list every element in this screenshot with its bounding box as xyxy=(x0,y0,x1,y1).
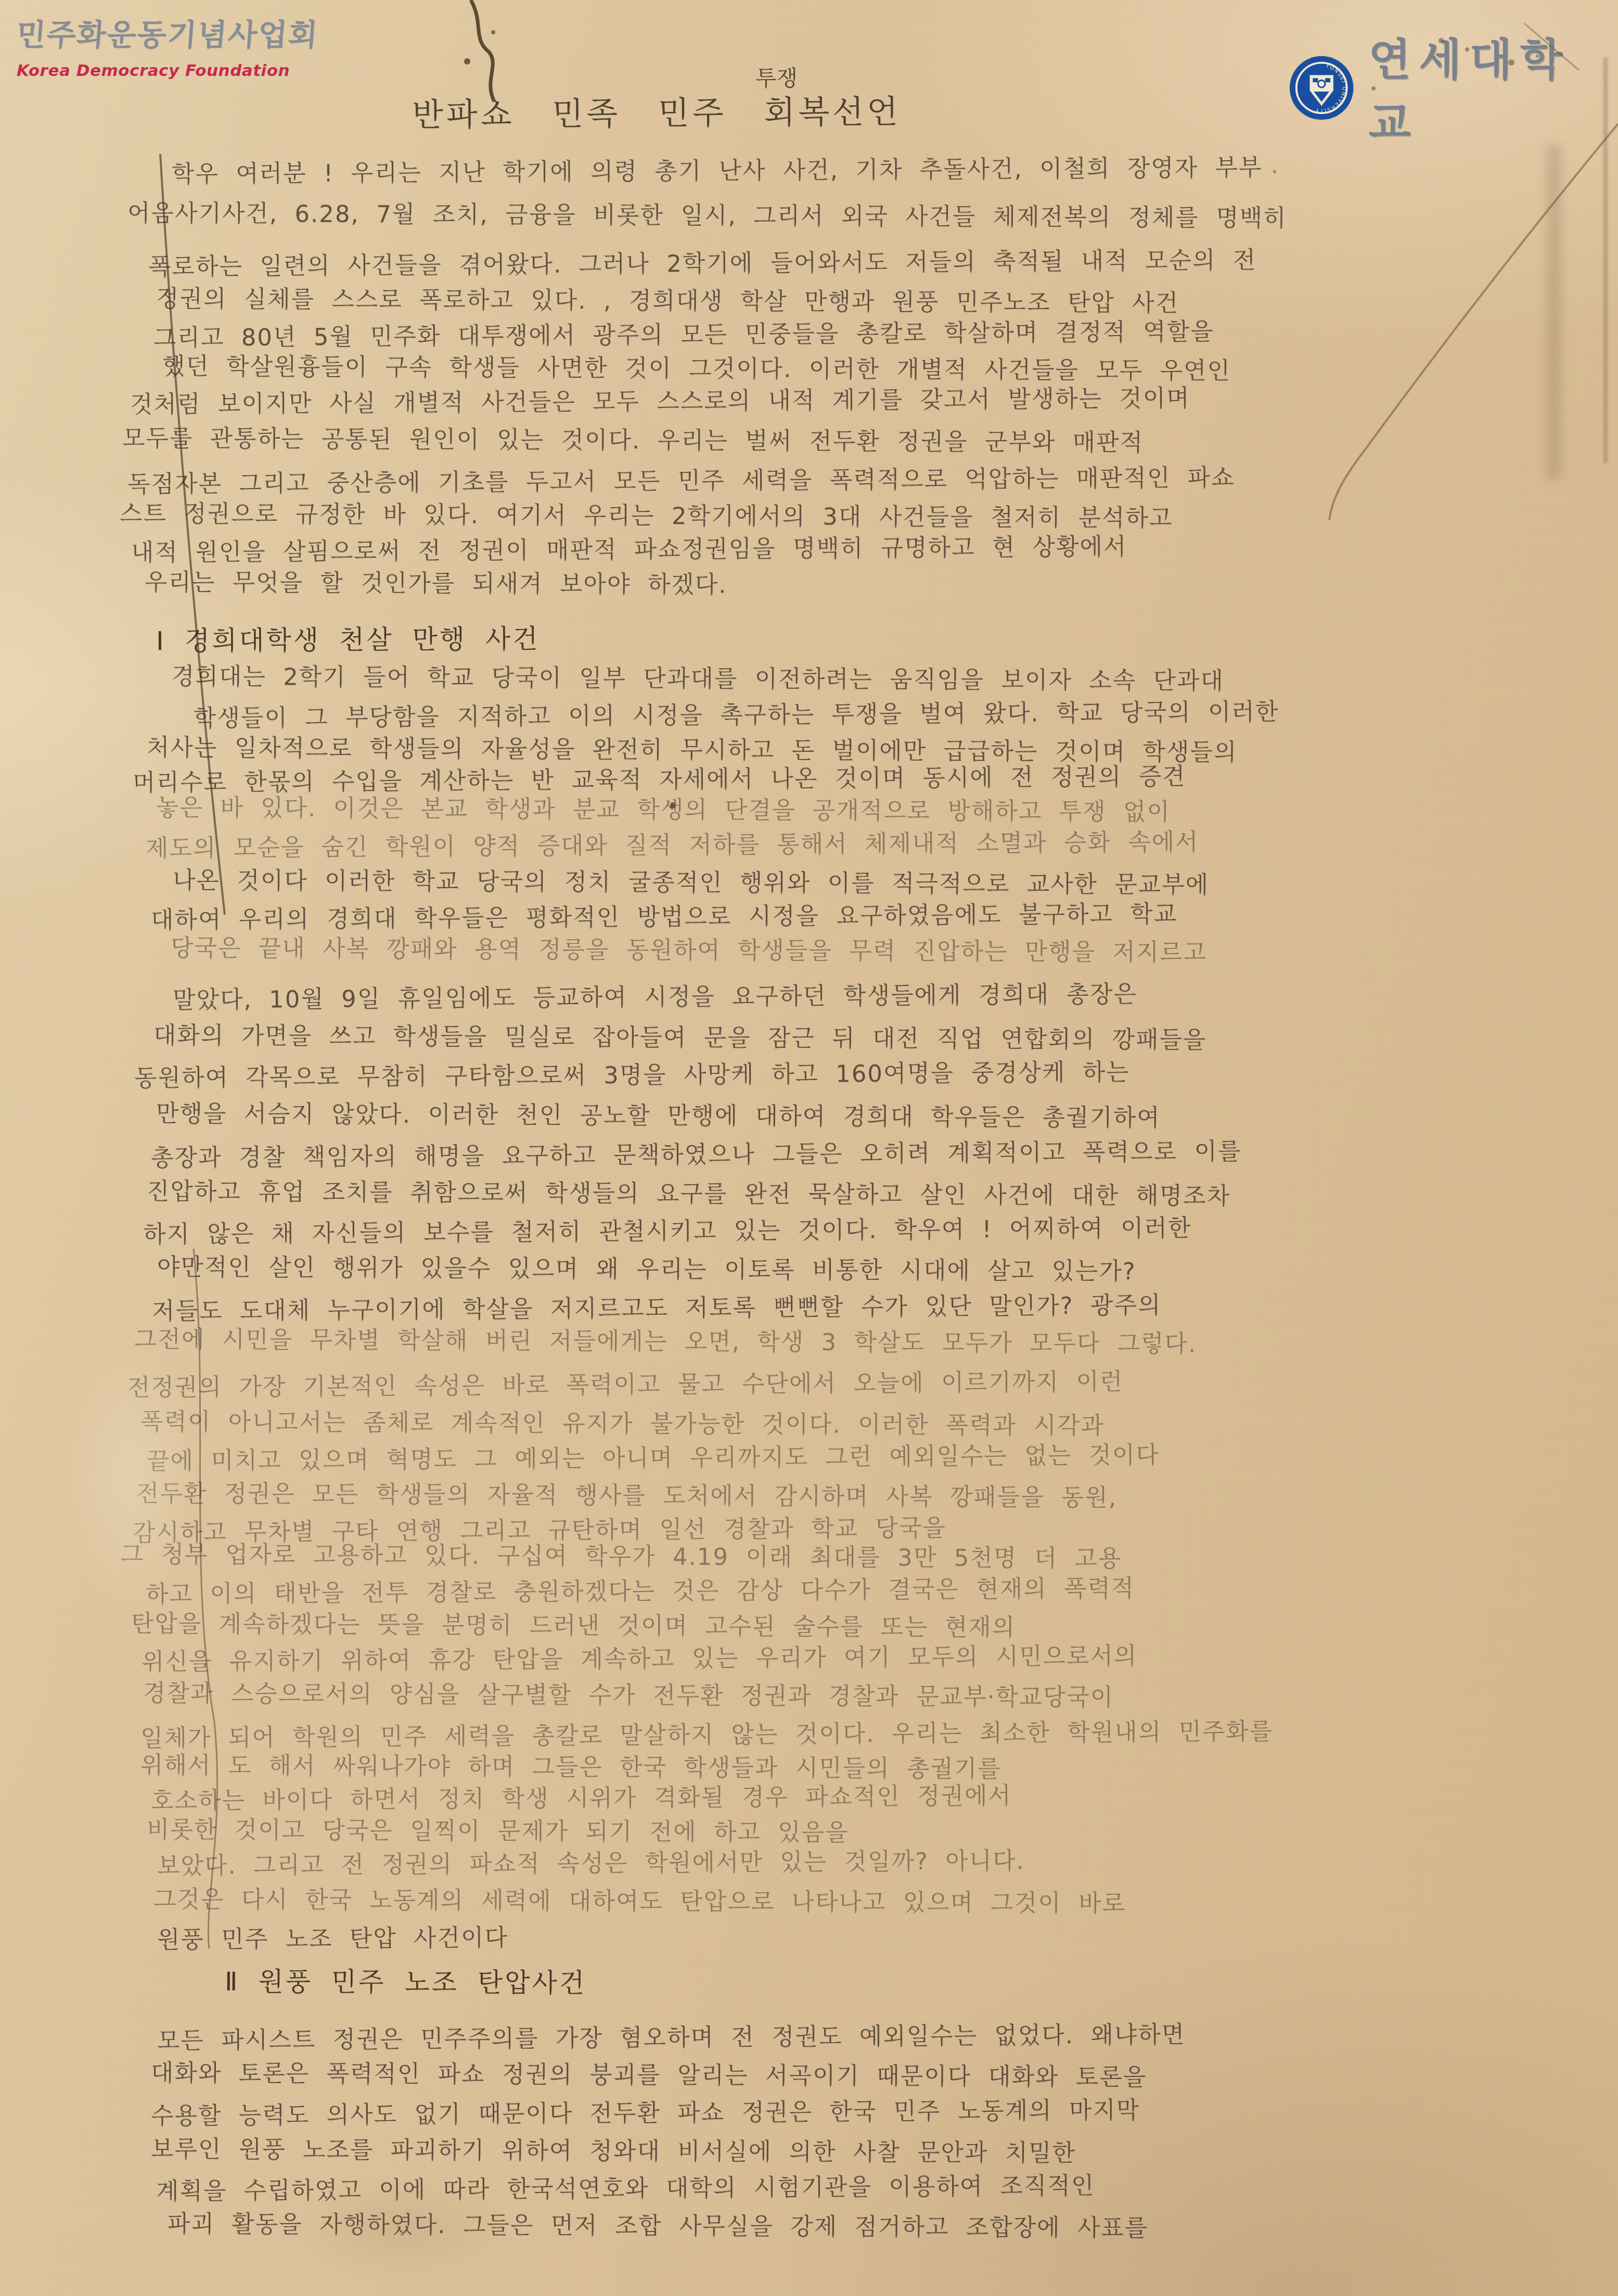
manuscript-line: 대화와 토론은 폭력적인 파쇼 정권의 붕괴를 알리는 서곡이기 때문이다 대화… xyxy=(151,2054,1147,2092)
manuscript-line: 학우 여러분 ! 우리는 지난 학기에 의령 총기 난사 사건, 기차 추돌사건… xyxy=(172,149,1263,189)
manuscript-line: 학생들이 그 부당함을 지적하고 이의 시정을 촉구하는 투쟁을 벌여 왔다. … xyxy=(194,693,1279,734)
manuscript-line: 우리는 무엇을 할 것인가를 되새겨 보아야 하겠다. xyxy=(145,563,727,600)
manuscript-line: 폭력이 아니고서는 좀체로 계속적인 유지가 불가능한 것이다. 이러한 폭력과… xyxy=(140,1403,1105,1441)
manuscript-line: 계획을 수립하였고 이에 따라 한국석연호와 대학의 시험기관을 이용하여 조직… xyxy=(156,2166,1095,2206)
manuscript-line: 내적 원인을 살핌으로써 전 정권이 매판적 파쇼정권임을 명백히 규명하고 현… xyxy=(131,528,1127,568)
section-heading: Ⅱ 원풍 민주 노조 탄압사건 xyxy=(225,1960,586,1999)
manuscript-line: 끝에 미치고 있으며 혁명도 그 예외는 아니며 우리까지도 그런 예외일수는 … xyxy=(147,1436,1160,1476)
manuscript-line: 말았다, 10월 9일 휴일임에도 등교하여 시정을 요구하던 학생들에게 경희… xyxy=(173,975,1137,1015)
manuscript-line: 스트 정권으로 규정한 바 있다. 여기서 우리는 2학기에서의 3대 사건들을… xyxy=(120,495,1173,533)
manuscript-line: 경희대는 2학기 들어 학교 당국이 일부 단과대를 이전하려는 움직임을 보이… xyxy=(172,658,1224,696)
red-ink-dot xyxy=(670,802,675,809)
manuscript-line: 당국은 끝내 사복 깡패와 용역 정릉을 동원하여 학생들을 무력 진압하는 만… xyxy=(171,929,1208,968)
section-heading: Ⅰ 경희대학생 천살 만행 사건 xyxy=(156,618,540,658)
manuscript-line: 정권의 실체를 스스로 폭로하고 있다. , 경희대생 학살 만행과 원풍 민주… xyxy=(156,280,1179,318)
manuscript-line: 위신을 유지하기 위하여 휴강 탄압을 계속하고 있는 우리가 여기 모두의 시… xyxy=(142,1637,1138,1677)
manuscript-lines: 학우 여러분 ! 우리는 지난 학기에 의령 총기 난사 사건, 기차 추돌사건… xyxy=(0,0,1618,2296)
manuscript-line: 대하여 우리의 경희대 학우들은 평화적인 방법으로 시정을 요구하였음에도 불… xyxy=(151,895,1178,935)
manuscript-line: 것처럼 보이지만 사실 개별적 사건들은 모두 스스로의 내적 계기를 갖고서 … xyxy=(130,379,1190,419)
manuscript-line: 그것은 다시 한국 노동계의 세력에 대하여도 탄압으로 나타나고 있으며 그것… xyxy=(153,1880,1126,1918)
manuscript-line: 경찰과 스승으로서의 양심을 살구별할 수가 전두환 정권과 경찰과 문교부·학… xyxy=(143,1674,1114,1712)
manuscript-line: 저들도 도대체 누구이기에 학살을 저지르고도 저토록 뻔뻔할 수가 있단 말인… xyxy=(152,1286,1162,1326)
manuscript-line: 보았다. 그리고 전 정권의 파쇼적 속성은 학원에서만 있는 것일까? 아니다… xyxy=(157,1842,1025,1881)
manuscript-line: 그전에 시민을 무차별 학살해 버린 저들에게는 오면, 학생 3 학살도 모두… xyxy=(134,1320,1197,1359)
bottom-stain xyxy=(291,2175,510,2279)
manuscript-line: 진압하고 휴업 조치를 취함으로써 학생들의 요구를 완전 묵살하고 살인 사건… xyxy=(147,1172,1230,1211)
manuscript-line: 놓은 바 있다. 이것은 본교 학생과 분교 학생의 단결을 공개적으로 방해하… xyxy=(156,789,1171,827)
manuscript-line: 야만적인 살인 행위가 있을수 있으며 왜 우리는 이토록 비통한 시대에 살고… xyxy=(157,1248,1136,1286)
manuscript-line: 독점자본 그리고 중산층에 기초를 두고서 모든 민주 세력을 폭력적으로 억압… xyxy=(127,458,1235,499)
manuscript-line: 모든 파시스트 정권은 민주주의를 가장 혐오하며 전 정권도 예외일수는 없었… xyxy=(157,2016,1186,2056)
manuscript-line: 만행을 서슴지 않았다. 이러한 천인 공노할 만행에 대하여 경희대 학우들은… xyxy=(156,1095,1161,1133)
manuscript-line: 제도의 모순을 숨긴 학원이 양적 증대와 질적 저하를 통해서 체제내적 소멸… xyxy=(146,823,1199,863)
fold-smudge xyxy=(1546,146,1562,479)
right-edge-fold xyxy=(1603,57,1608,463)
manuscript-line: 탄압을 계속하겠다는 뜻을 분명히 드러낸 것이며 고수된 술수를 또는 현재의 xyxy=(131,1605,1016,1642)
manuscript-line: 동원하여 각목으로 무참히 구타함으로써 3명을 사망케 하고 160여명을 중… xyxy=(134,1053,1130,1093)
manuscript-line: 호소하는 바이다 하면서 정치 학생 시위가 격화될 경우 파쇼적인 정권에서 xyxy=(151,1777,1012,1816)
manuscript-line: 그리고 80년 5월 민주화 대투쟁에서 광주의 모든 민중들을 총칼로 학살하… xyxy=(153,313,1214,353)
manuscript-line: 하지 않은 채 자신들의 보수를 철저히 관철시키고 있는 것이다. 학우여 !… xyxy=(143,1209,1192,1249)
manuscript-line: 어음사기사건, 6.28, 7월 조치, 금융을 비롯한 일시, 그리서 외국 … xyxy=(127,194,1287,233)
manuscript-line: 모두를 관통하는 공통된 원인이 있는 것이다. 우리는 벌써 전두환 정권을 … xyxy=(122,419,1144,458)
manuscript-line: 전두환 정권은 모든 학생들의 자율적 행사를 도처에서 감시하며 사복 깡패들… xyxy=(136,1474,1118,1512)
manuscript-line: 하고 이의 태반을 전투 경찰로 충원하겠다는 것은 감상 다수가 결국은 현재… xyxy=(146,1569,1135,1609)
manuscript-line: 총장과 경찰 책임자의 해명을 요구하고 문책하였으나 그들은 오히려 계획적이… xyxy=(151,1133,1242,1173)
manuscript-line: 비롯한 것이고 당국은 일찍이 문제가 되기 전에 하고 있음을 xyxy=(147,1811,849,1848)
left-light-patch xyxy=(62,1342,198,1613)
manuscript-line: 원풍 민주 노조 탄압 사건이다 xyxy=(157,1919,508,1955)
manuscript-line: 그 청부 업자로 고용하고 있다. 구십여 학우가 4.19 이래 최대를 3만… xyxy=(121,1535,1122,1573)
manuscript-line: 대화의 가면을 쓰고 학생들을 밀실로 잡아들여 문을 잠근 뒤 대전 직업 연… xyxy=(153,1017,1207,1055)
scanned-document-page: 민주화운동기념사업회 Korea Democracy Foundation YO… xyxy=(0,0,1618,2296)
manuscript-line: 보루인 원풍 노조를 파괴하기 위하여 청와대 비서실에 의한 사찰 문안과 치… xyxy=(151,2130,1076,2168)
manuscript-line: 전정권의 가장 기본적인 속성은 바로 폭력이고 물고 수단에서 오늘에 이르기… xyxy=(127,1363,1124,1403)
manuscript-line: 수용할 능력도 의사도 없기 때문이다 전두환 파쇼 정권은 한국 민주 노동계… xyxy=(151,2091,1140,2131)
manuscript-line: 폭로하는 일련의 사건들을 겪어왔다. 그러나 2학기에 들어와서도 저들의 축… xyxy=(148,241,1257,281)
manuscript-line: 나온 것이다 이러한 학교 당국의 정치 굴종적인 행위와 이를 적극적으로 교… xyxy=(173,862,1210,900)
